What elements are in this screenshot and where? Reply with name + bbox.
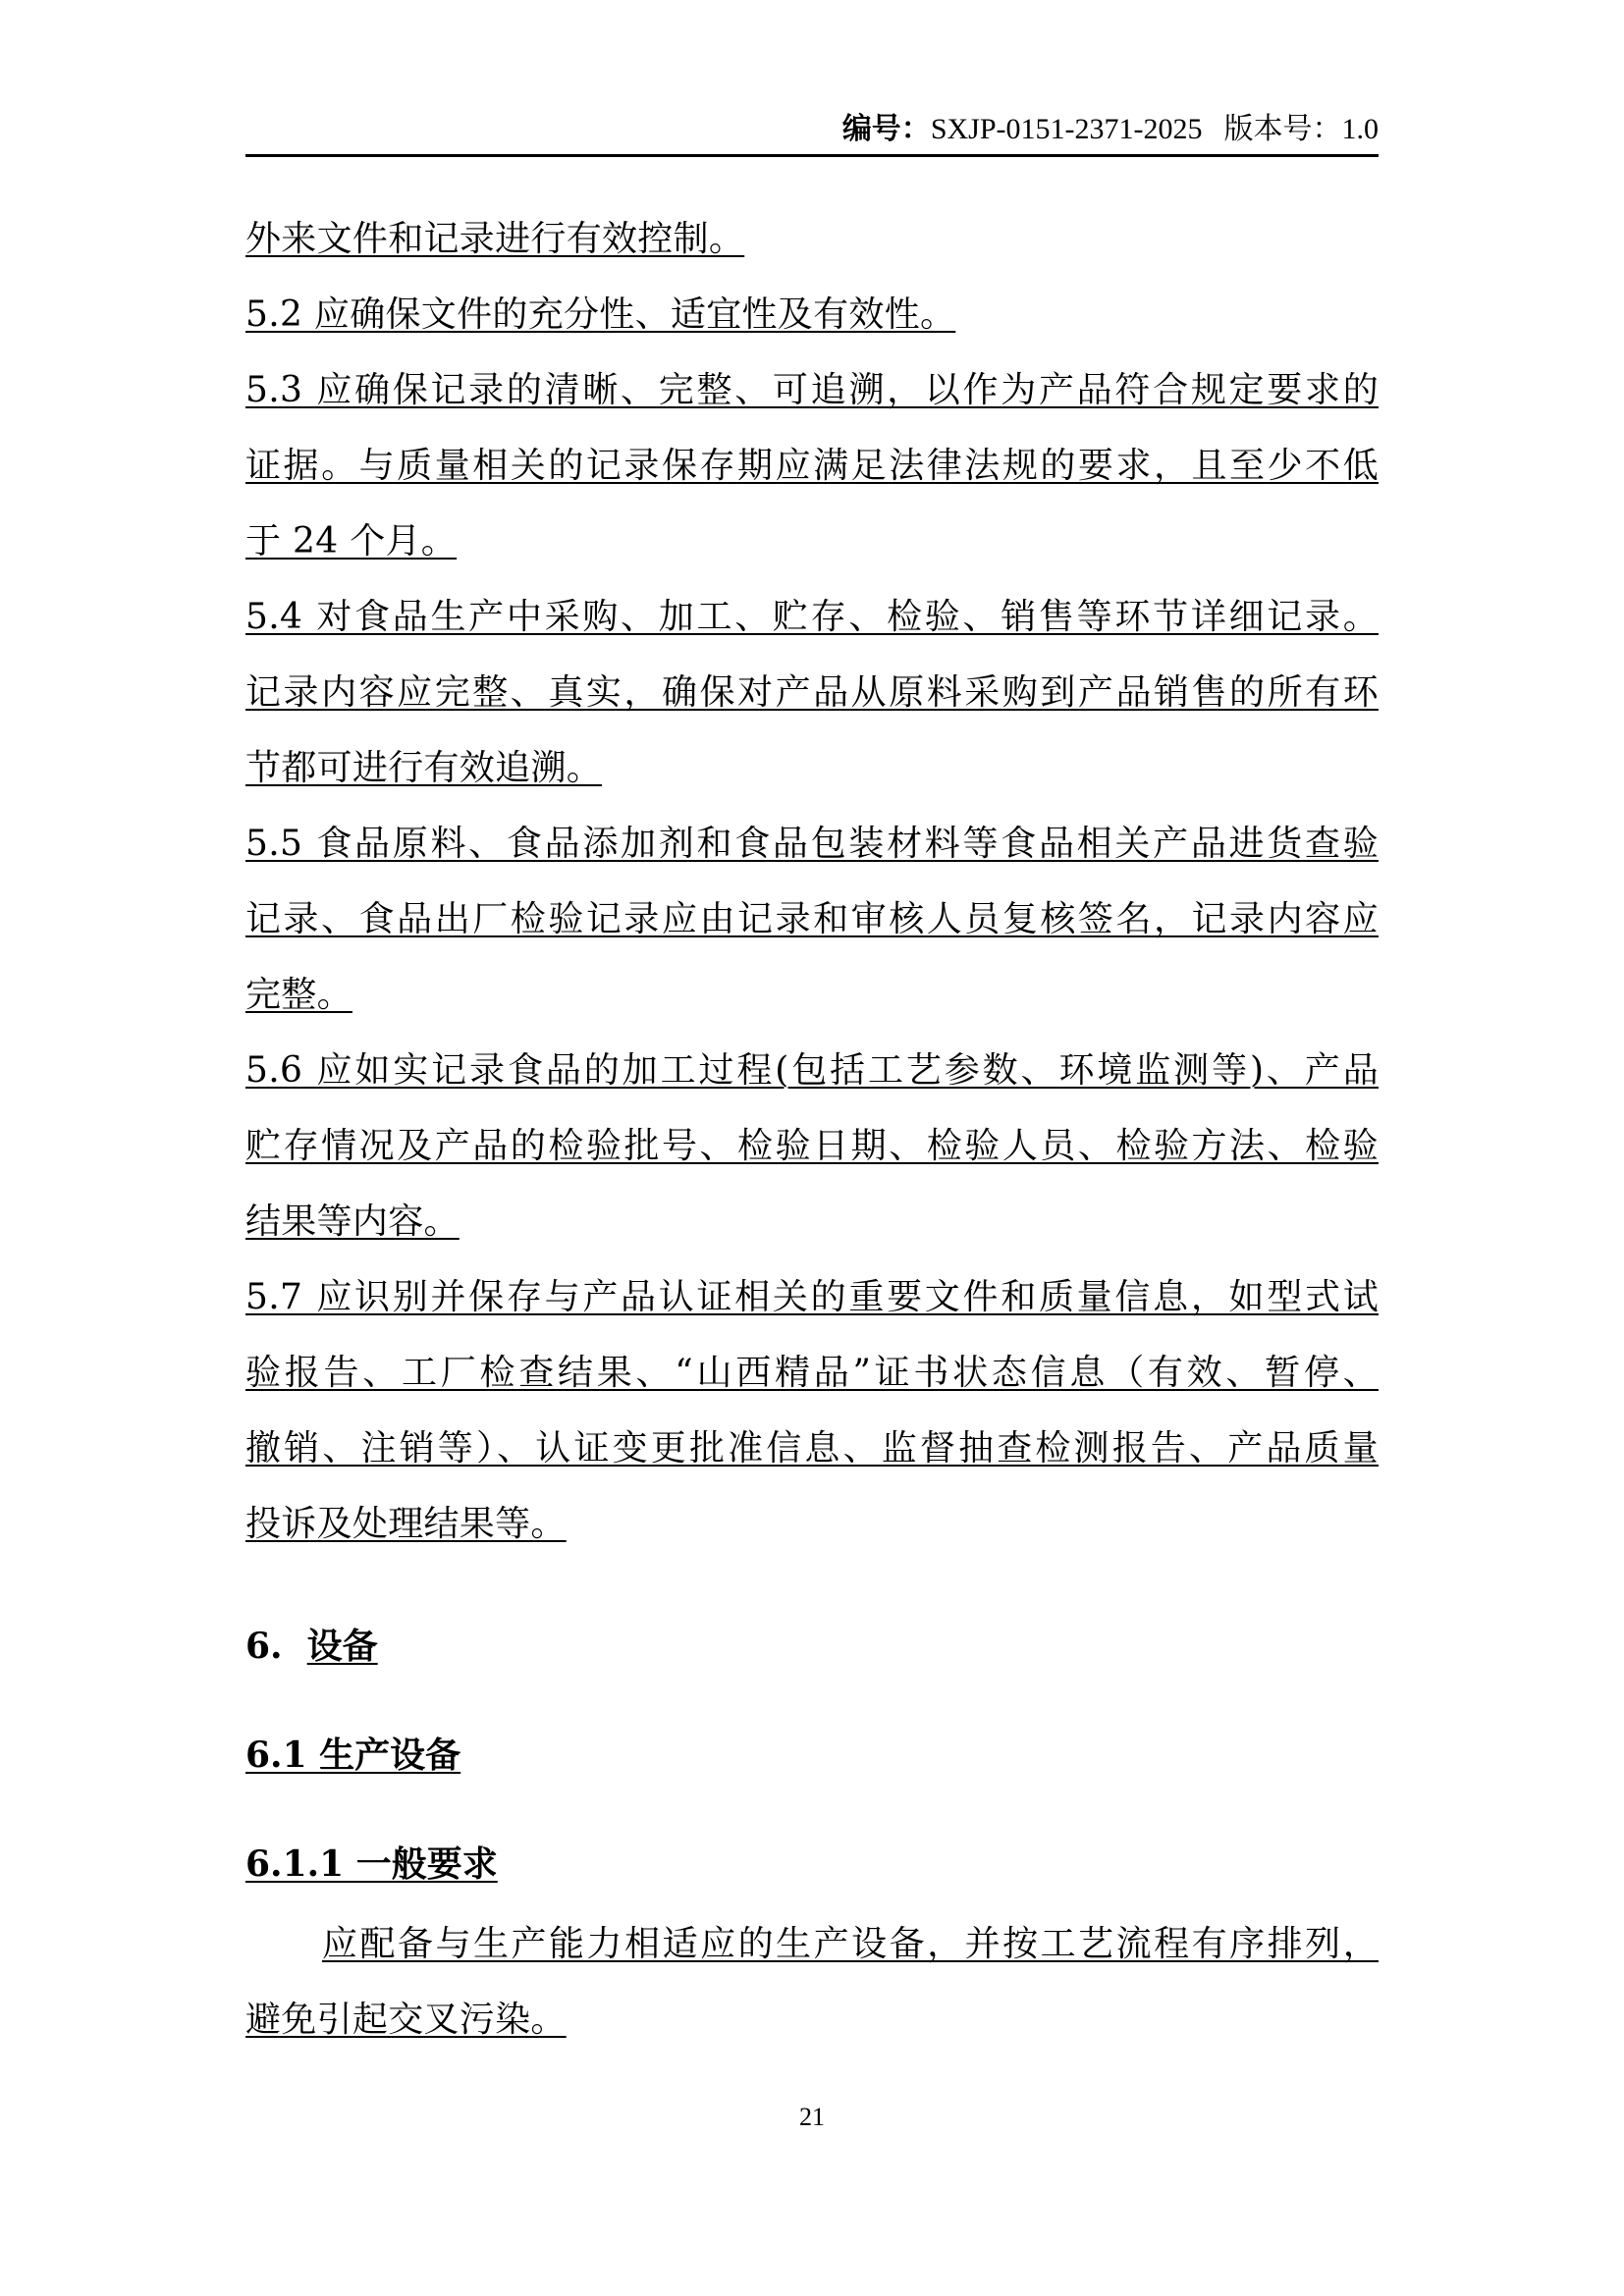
text-line: 5.5 食品原料、食品添加剂和食品包装材料等食品相关产品进货查验 xyxy=(245,807,1379,882)
text-line: 节都可进行有效追溯。 xyxy=(245,731,1379,807)
version-value: 1.0 xyxy=(1342,113,1380,145)
text-line: 外来文件和记录进行有效控制。 xyxy=(245,202,1379,278)
text-line: 于 24 个月。 xyxy=(245,505,1379,580)
text-line: 完整。 xyxy=(245,958,1379,1034)
page-number: 21 xyxy=(0,2103,1624,2132)
text-line: 结果等内容。 xyxy=(245,1185,1379,1260)
text-line: 撤销、注销等）、认证变更批准信息、监督抽查检测报告、产品质量 xyxy=(245,1412,1379,1487)
subsection-6-1-1-heading: 6.1.1 一般要求 xyxy=(245,1842,498,1886)
section-title: 设备 xyxy=(307,1626,378,1667)
text-line: 投诉及处理结果等。 xyxy=(245,1487,1379,1563)
text-line: 5.7 应识别并保存与产品认证相关的重要文件和质量信息，如型式试 xyxy=(245,1260,1379,1336)
text-line: 应配备与生产能力相适应的生产设备，并按工艺流程有序排列， xyxy=(245,1907,1379,1983)
text-line: 验报告、工厂检查结果、“山西精品”证书状态信息（有效、暂停、 xyxy=(245,1336,1379,1412)
text-line: 5.2 应确保文件的充分性、适宜性及有效性。 xyxy=(245,278,1379,353)
text-line: 记录内容应完整、真实，确保对产品从原料采购到产品销售的所有环 xyxy=(245,656,1379,731)
section-6-heading: 6. 设备 xyxy=(245,1625,378,1668)
text-line: 贮存情况及产品的检验批号、检验日期、检验人员、检验方法、检验 xyxy=(245,1109,1379,1185)
text-line: 5.4 对食品生产中采购、加工、贮存、检验、销售等环节详细记录。 xyxy=(245,580,1379,656)
text-line: 记录、食品出厂检验记录应由记录和审核人员复核签名，记录内容应 xyxy=(245,882,1379,958)
code-value: SXJP-0151-2371-2025 xyxy=(931,113,1203,145)
code-label: 编号： xyxy=(842,113,931,145)
section-number: 6. xyxy=(245,1626,283,1667)
text-line: 证据。与质量相关的记录保存期应满足法律法规的要求，且至少不低 xyxy=(245,429,1379,505)
document-header: 编号：SXJP-0151-2371-2025版本号：1.0 xyxy=(245,108,1379,157)
section-6-paragraph: 应配备与生产能力相适应的生产设备，并按工艺流程有序排列， 避免引起交叉污染。 xyxy=(245,1907,1379,2058)
version-label: 版本号： xyxy=(1224,113,1342,145)
header-divider xyxy=(245,154,1379,157)
text-line: 5.3 应确保记录的清晰、完整、可追溯，以作为产品符合规定要求的 xyxy=(245,353,1379,429)
subsection-6-1-heading: 6.1 生产设备 xyxy=(245,1734,460,1777)
text-line: 避免引起交叉污染。 xyxy=(245,1983,1379,2058)
text-line: 5.6 应如实记录食品的加工过程(包括工艺参数、环境监测等)、产品 xyxy=(245,1034,1379,1109)
section-5-body: 外来文件和记录进行有效控制。 5.2 应确保文件的充分性、适宜性及有效性。 5.… xyxy=(245,202,1379,1563)
